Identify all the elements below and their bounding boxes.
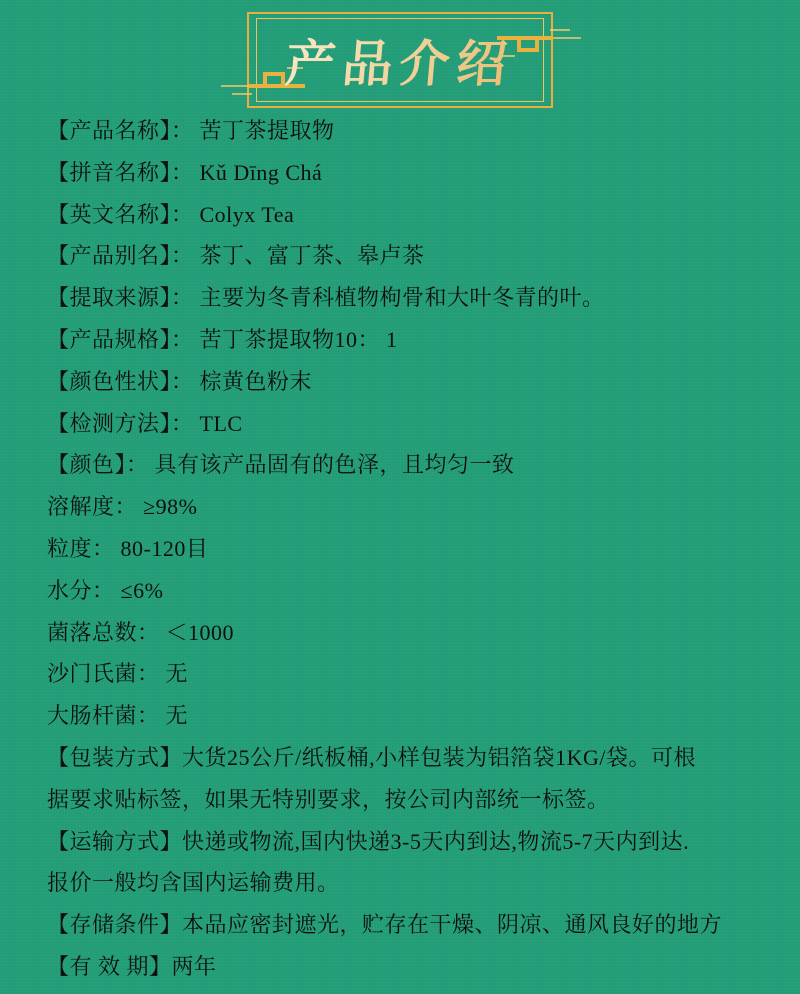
spec-line-ecoli: 大肠杆菌： 无	[47, 695, 776, 737]
spec-line-storage: 【存储条件】本品应密封遮光，贮存在干燥、阴凉、通风良好的地方	[47, 904, 776, 946]
spec-line-product-name: 【产品名称】： 苦丁茶提取物	[47, 110, 776, 152]
spec-line-shelf-life: 【有 效 期】两年	[47, 946, 776, 988]
spec-line-total-colonies: 菌落总数： ＜1000	[47, 612, 776, 654]
spec-line-pinyin-name: 【拼音名称】： Kǔ Dīng Chá	[47, 152, 776, 194]
title-box: 产品介绍	[247, 12, 553, 108]
page-title: 产品介绍	[245, 14, 555, 106]
title-banner: 产品介绍	[0, 12, 800, 108]
spec-line-alias: 【产品别名】： 茶丁、富丁茶、皋卢茶	[47, 235, 776, 277]
spec-line-appearance: 【颜色性状】： 棕黄色粉末	[47, 361, 776, 403]
spec-line-shipping-2: 报价一般均含国内运输费用。	[47, 862, 776, 904]
spec-line-test-method: 【检测方法】： TLC	[47, 403, 776, 445]
spec-line-specification: 【产品规格】： 苦丁茶提取物10： 1	[47, 319, 776, 361]
spec-line-packing-2: 据要求贴标签，如果无特别要求，按公司内部统一标签。	[47, 779, 776, 821]
spec-line-shipping-1: 【运输方式】快递或物流,国内快递3-5天内到达,物流5-7天内到达.	[47, 821, 776, 863]
spec-line-packing-1: 【包装方式】大货25公斤/纸板桶,小样包装为铝箔袋1KG/袋。可根	[47, 737, 776, 779]
spec-line-source: 【提取来源】： 主要为冬青科植物枸骨和大叶冬青的叶。	[47, 277, 776, 319]
spec-line-particle-size: 粒度： 80-120目	[47, 528, 776, 570]
product-intro-page: 产品介绍 【产品名称】： 苦丁茶提取物 【拼音名称】： Kǔ Dīng Chá …	[0, 0, 800, 994]
spec-line-moisture: 水分： ≤6%	[47, 570, 776, 612]
spec-line-color: 【颜色】： 具有该产品固有的色泽，且均匀一致	[47, 444, 776, 486]
product-specs: 【产品名称】： 苦丁茶提取物 【拼音名称】： Kǔ Dīng Chá 【英文名称…	[0, 108, 800, 988]
spec-line-solubility: 溶解度： ≥98%	[47, 486, 776, 528]
spec-line-salmonella: 沙门氏菌： 无	[47, 653, 776, 695]
spec-line-english-name: 【英文名称】： Colyx Tea	[47, 194, 776, 236]
